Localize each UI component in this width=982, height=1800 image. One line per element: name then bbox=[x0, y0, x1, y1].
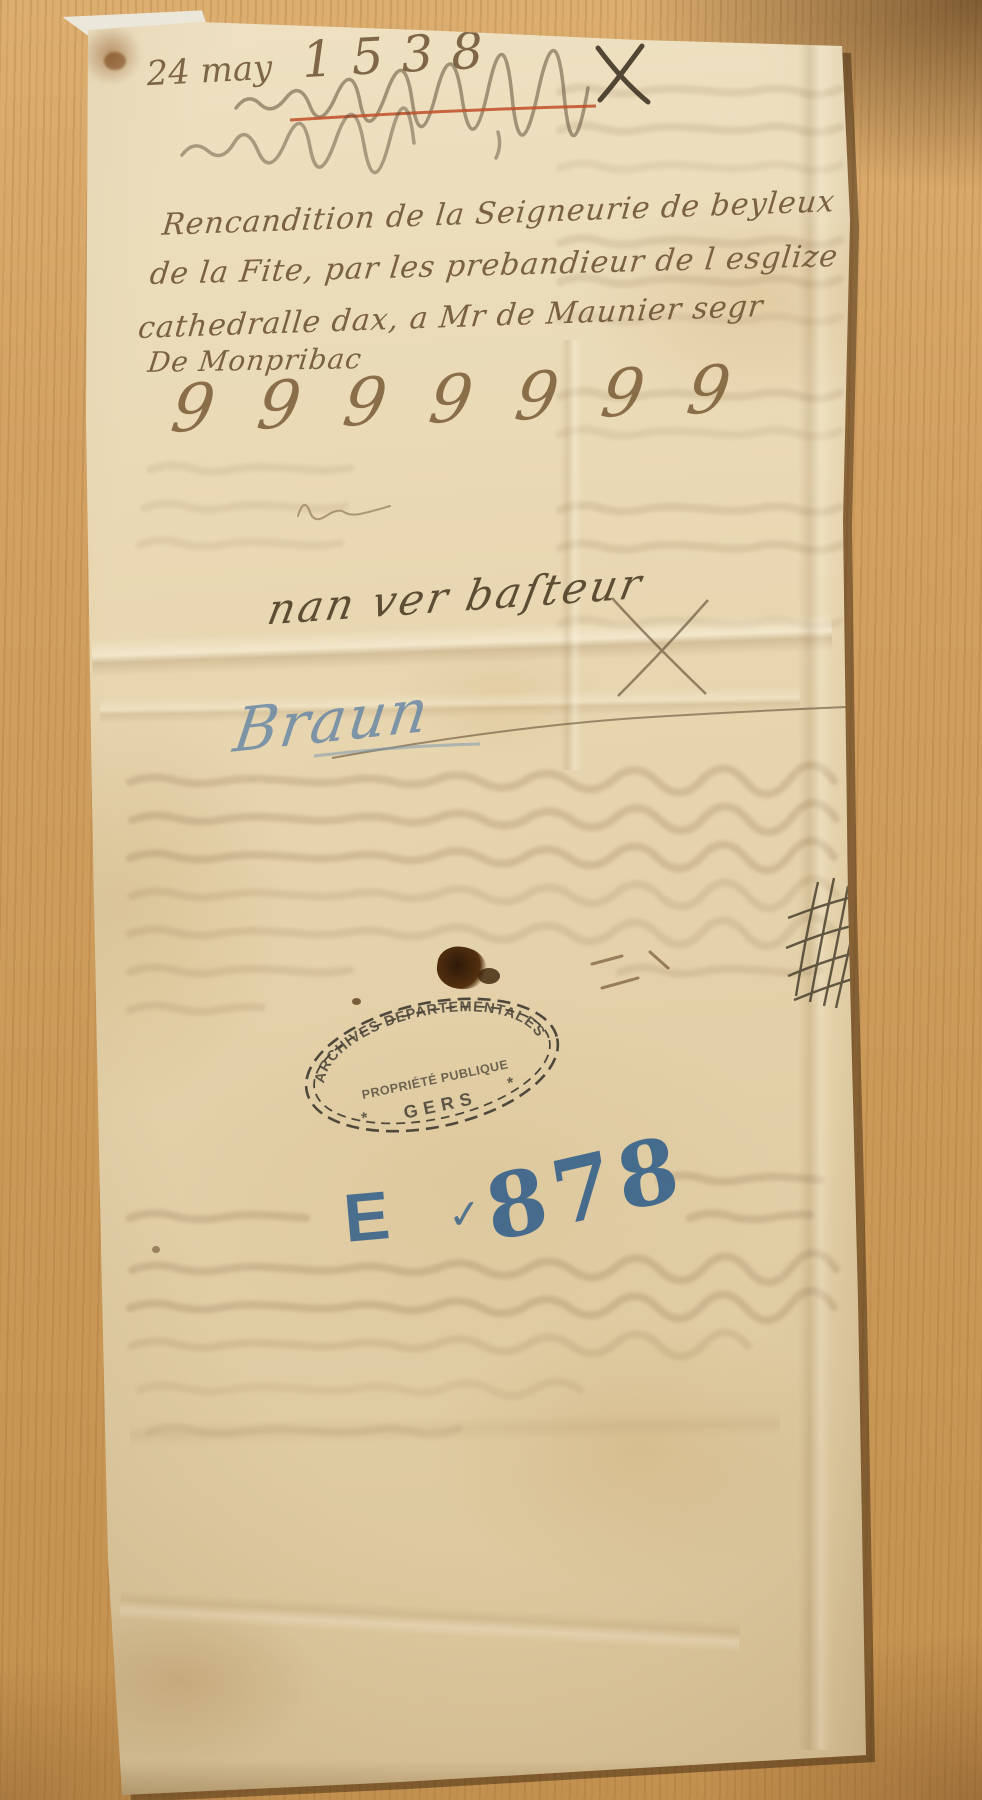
stamp-star-right: * bbox=[506, 1074, 516, 1092]
parchment-document: 24 may1538 Rencandition de la Seigneurie… bbox=[0, 0, 982, 1800]
red-underline bbox=[290, 106, 596, 120]
check-mark: ✓ bbox=[446, 1190, 484, 1239]
bold-x-ink-mark bbox=[598, 46, 648, 102]
ink-dot bbox=[152, 1246, 160, 1253]
small-pen-trial bbox=[298, 505, 390, 519]
date-day-month: 24 may bbox=[146, 48, 274, 95]
flourish-cross-strokes bbox=[612, 598, 708, 696]
ink-dot bbox=[352, 998, 361, 1005]
stamp-bottom-text: GERS bbox=[402, 1088, 480, 1123]
small-ink-dashes bbox=[592, 952, 668, 988]
photograph-of-archival-document: 24 may1538 Rencandition de la Seigneurie… bbox=[0, 0, 982, 1800]
stamp-star-left: * bbox=[360, 1110, 370, 1128]
cote-series-letter: E bbox=[341, 1176, 393, 1258]
